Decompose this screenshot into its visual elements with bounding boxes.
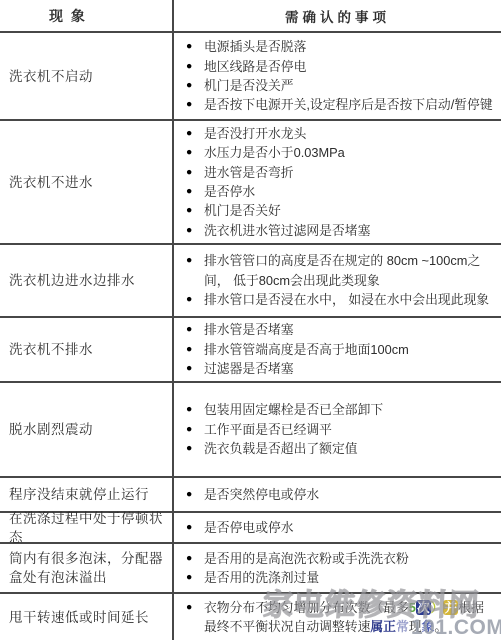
phenomenon-cell: 筒内有很多泡沫，分配器盒处有泡沫溢出 bbox=[0, 544, 172, 592]
phenomenon-cell: 甩干转速低或时间延长 bbox=[0, 594, 172, 640]
check-item: 是否突然停电或停水 bbox=[185, 485, 493, 504]
check-item: 是否按下电源开关,设定程序后是否按下启动/暂停键 bbox=[185, 95, 493, 114]
check-item: 地区线路是否停电 bbox=[185, 57, 493, 76]
check-item: 排水管管口的高度是否在规定的 80cm ~100cm之间， 低于80cm会出现此… bbox=[185, 251, 493, 290]
check-item: 工作平面是否已经调平 bbox=[185, 420, 493, 439]
check-item: 进水管是否弯折 bbox=[185, 163, 493, 182]
checks-cell: 排水管管口的高度是否在规定的 80cm ~100cm之间， 低于80cm会出现此… bbox=[172, 245, 501, 316]
checks-cell: 是否没打开水龙头 水压力是否小于0.03MPa 进水管是否弯折 是否停水 机门是… bbox=[172, 121, 501, 243]
phenomenon-label: 洗衣机不排水 bbox=[9, 340, 93, 359]
watermark-colored-glyph: ） bbox=[431, 600, 444, 615]
table-row: 在洗涤过程中处于停顿状态 是否停电或停水 bbox=[0, 513, 501, 544]
table-row: 洗衣机不进水 是否没打开水龙头 水压力是否小于0.03MPa 进水管是否弯折 是… bbox=[0, 121, 501, 245]
watermark-colored-glyph: 并 bbox=[443, 600, 458, 615]
phenomenon-label: 甩干转速低或时间延长 bbox=[9, 608, 149, 627]
check-text: 。 bbox=[434, 619, 447, 634]
check-item: 包装用固定螺栓是否已全部卸下 bbox=[185, 400, 493, 419]
check-item: 是否用的是高泡洗衣粉或手洗洗衣粉 bbox=[185, 549, 493, 568]
table-row: 脱水剧烈震动 包装用固定螺栓是否已全部卸下 工作平面是否已经调平 洗衣负载是否超… bbox=[0, 383, 501, 478]
check-list: 衣物分布不均匀增加分布次数（最多5次）并根据最终不平衡状况自动调整转速属正常现象… bbox=[185, 598, 493, 637]
phenomenon-cell: 洗衣机不进水 bbox=[0, 121, 172, 243]
checks-cell: 是否用的是高泡洗衣粉或手洗洗衣粉 是否用的洗涤剂过量 bbox=[172, 544, 501, 592]
phenomenon-cell: 洗衣机不启动 bbox=[0, 33, 172, 119]
check-item: 是否停水 bbox=[185, 182, 493, 201]
check-list: 排水管是否堵塞 排水管管端高度是否高于地面100cm 过滤器是否堵塞 bbox=[185, 320, 493, 378]
checks-cell: 是否停电或停水 bbox=[172, 513, 501, 542]
table-row: 筒内有很多泡沫，分配器盒处有泡沫溢出 是否用的是高泡洗衣粉或手洗洗衣粉 是否用的… bbox=[0, 544, 501, 594]
check-item: 水压力是否小于0.03MPa bbox=[185, 143, 493, 162]
phenomenon-cell: 脱水剧烈震动 bbox=[0, 383, 172, 476]
phenomenon-cell: 程序没结束就停止运行 bbox=[0, 478, 172, 511]
checks-cell: 排水管是否堵塞 排水管管端高度是否高于地面100cm 过滤器是否堵塞 bbox=[172, 318, 501, 381]
check-item: 机门是否关好 bbox=[185, 201, 493, 220]
manual-troubleshooting-page: 现 象 需确认的事项 洗衣机不启动 电源插头是否脱落 地区线路是否停电 机门是否… bbox=[0, 0, 501, 640]
watermark-colored-glyph: 5 bbox=[409, 600, 416, 615]
check-list: 是否用的是高泡洗衣粉或手洗洗衣粉 是否用的洗涤剂过量 bbox=[185, 549, 493, 588]
check-list: 电源插头是否脱落 地区线路是否停电 机门是否没关严 是否按下电源开关,设定程序后… bbox=[185, 37, 493, 115]
check-item: 是否用的洗涤剂过量 bbox=[185, 568, 493, 587]
check-item: 排水管口是否浸在水中， 如浸在水中会出现此现象 bbox=[185, 290, 493, 309]
check-list: 包装用固定螺栓是否已全部卸下 工作平面是否已经调平 洗衣负载是否超出了额定值 bbox=[185, 400, 493, 458]
checks-cell: 是否突然停电或停水 bbox=[172, 478, 501, 511]
phenomenon-cell: 洗衣机边进水边排水 bbox=[0, 245, 172, 316]
phenomenon-label: 脱水剧烈震动 bbox=[9, 420, 93, 439]
phenomenon-cell: 洗衣机不排水 bbox=[0, 318, 172, 381]
check-item: 排水管是否堵塞 bbox=[185, 320, 493, 339]
table-row: 甩干转速低或时间延长 衣物分布不均匀增加分布次数（最多5次）并根据最终不平衡状况… bbox=[0, 594, 501, 640]
phenomenon-label: 洗衣机不进水 bbox=[9, 173, 93, 192]
watermark-colored-glyph: 次 bbox=[416, 600, 431, 615]
phenomenon-label: 筒内有很多泡沫，分配器盒处有泡沫溢出 bbox=[9, 549, 169, 587]
table-row: 洗衣机不启动 电源插头是否脱落 地区线路是否停电 机门是否没关严 是否按下电源开… bbox=[0, 33, 501, 121]
phenomenon-label: 程序没结束就停止运行 bbox=[9, 485, 149, 504]
watermark-colored-glyph: 象 bbox=[422, 619, 435, 634]
table-row: 洗衣机边进水边排水 排水管管口的高度是否在规定的 80cm ~100cm之间， … bbox=[0, 245, 501, 318]
checks-cell: 包装用固定螺栓是否已全部卸下 工作平面是否已经调平 洗衣负载是否超出了额定值 bbox=[172, 383, 501, 476]
phenomenon-cell: 在洗涤过程中处于停顿状态 bbox=[0, 513, 172, 542]
check-item: 是否没打开水龙头 bbox=[185, 124, 493, 143]
check-text: 现 bbox=[409, 619, 422, 634]
check-list: 是否突然停电或停水 bbox=[185, 485, 493, 504]
phenomenon-label: 洗衣机边进水边排水 bbox=[9, 271, 135, 290]
header-confirm-items: 需确认的事项 bbox=[172, 0, 501, 31]
check-item: 机门是否没关严 bbox=[185, 76, 493, 95]
check-item: 过滤器是否堵塞 bbox=[185, 359, 493, 378]
header-phenomenon-label: 现 象 bbox=[49, 6, 87, 26]
phenomenon-label: 在洗涤过程中处于停顿状态 bbox=[9, 509, 169, 547]
check-item: 电源插头是否脱落 bbox=[185, 37, 493, 56]
watermark-colored-glyph: 属正 bbox=[370, 619, 396, 634]
check-list: 是否停电或停水 bbox=[185, 518, 493, 537]
check-item: 排水管管端高度是否高于地面100cm bbox=[185, 340, 493, 359]
check-text: 衣物分布不均匀增加分布次数（最多 bbox=[204, 600, 409, 615]
check-item: 洗衣机进水管过滤网是否堵塞 bbox=[185, 221, 493, 240]
check-list: 是否没打开水龙头 水压力是否小于0.03MPa 进水管是否弯折 是否停水 机门是… bbox=[185, 124, 493, 240]
header-confirm-label: 需确认的事项 bbox=[285, 6, 390, 26]
phenomenon-label: 洗衣机不启动 bbox=[9, 67, 93, 86]
checks-cell: 电源插头是否脱落 地区线路是否停电 机门是否没关严 是否按下电源开关,设定程序后… bbox=[172, 33, 501, 119]
watermark-colored-glyph: 常 bbox=[396, 619, 409, 634]
check-item: 衣物分布不均匀增加分布次数（最多5次）并根据最终不平衡状况自动调整转速属正常现象… bbox=[185, 598, 493, 637]
check-list: 排水管管口的高度是否在规定的 80cm ~100cm之间， 低于80cm会出现此… bbox=[185, 251, 493, 309]
checks-cell: 衣物分布不均匀增加分布次数（最多5次）并根据最终不平衡状况自动调整转速属正常现象… bbox=[172, 594, 501, 640]
table-header-row: 现 象 需确认的事项 bbox=[0, 0, 501, 33]
check-item: 洗衣负载是否超出了额定值 bbox=[185, 439, 493, 458]
table-row: 洗衣机不排水 排水管是否堵塞 排水管管端高度是否高于地面100cm 过滤器是否堵… bbox=[0, 318, 501, 383]
header-phenomenon: 现 象 bbox=[0, 0, 172, 31]
check-item: 是否停电或停水 bbox=[185, 518, 493, 537]
